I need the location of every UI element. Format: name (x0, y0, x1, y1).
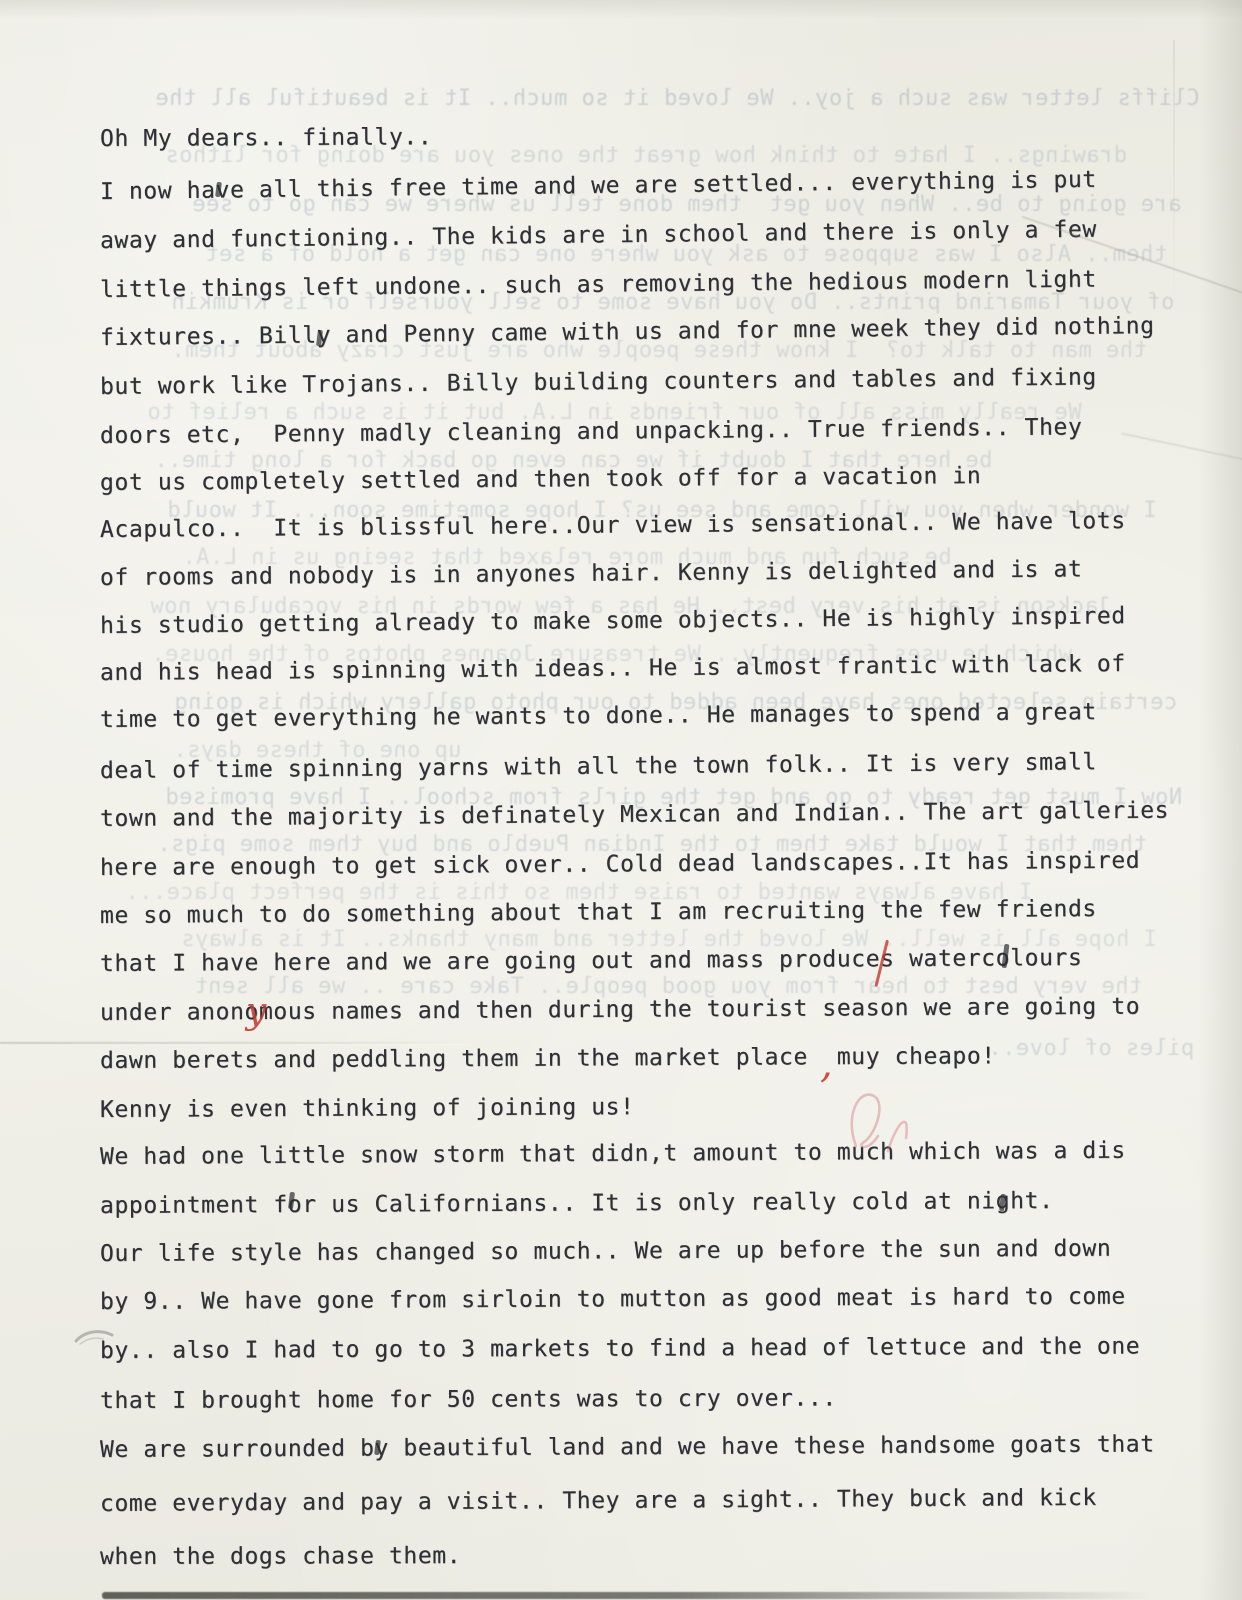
typed-line: dawn berets and peddling them in the mar… (100, 1043, 996, 1074)
typed-line: We had one little snow storm that didn,t… (100, 1138, 1126, 1170)
crease-vertical-faint (1173, 40, 1175, 320)
typed-line: appointment for us Californians.. It is … (100, 1188, 1054, 1219)
bleed-through-line: Cliffs letter was such a joy.. We loved … (155, 86, 1200, 111)
crease-right-mid (1121, 432, 1242, 465)
typed-line: got us completely settled and then took … (100, 463, 981, 496)
letter-page: Cliffs letter was such a joy.. We loved … (0, 0, 1242, 1600)
typed-line: by 9.. We have gone from sirloin to mutt… (100, 1284, 1126, 1315)
typed-line: We are surrounded by beautiful land and … (100, 1431, 1155, 1463)
typed-line: by.. also I had to go to 3 markets to fi… (100, 1333, 1140, 1364)
typed-line: Oh My dears.. finally.. (100, 124, 432, 152)
bleed-through-line: piles of love.. (988, 1036, 1194, 1061)
typed-line: Our life style has changed so much.. We … (100, 1236, 1111, 1267)
typed-line: that I have here and we are going out an… (100, 945, 1083, 977)
red-inserted-y: y (246, 994, 266, 1030)
typed-line: that I brought home for 50 cents was to … (100, 1385, 837, 1414)
typed-line: me so much to do something about that I … (100, 896, 1097, 929)
typed-line: but work like Trojans.. Billy building c… (100, 364, 1097, 400)
crease-left-wrinkle (0, 1042, 470, 1044)
red-scribble-bleed (826, 1076, 946, 1166)
left-smudge (70, 1324, 120, 1350)
typed-line: Kenny is even thinking of joining us! (100, 1094, 635, 1123)
typed-line: come everyday and pay a visit.. They are… (100, 1485, 1097, 1517)
scan-edge-band (102, 1592, 1152, 1599)
typed-line: when the dogs chase them. (100, 1543, 461, 1570)
